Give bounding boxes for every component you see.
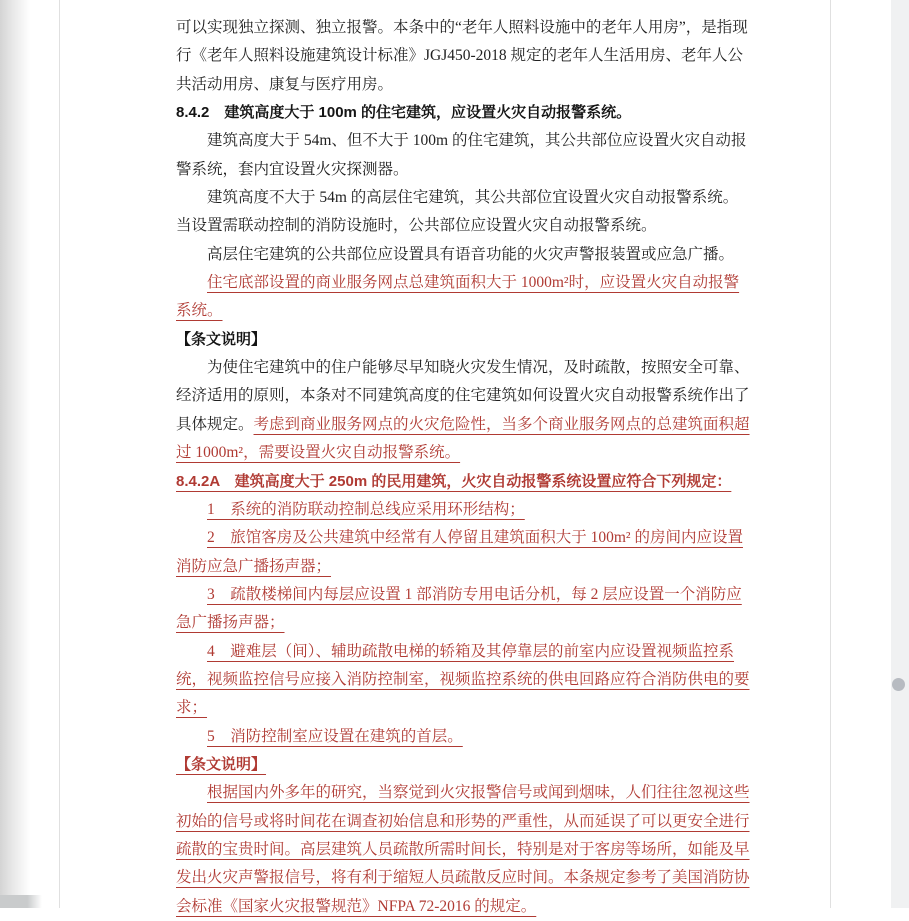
text-line: 5 消防控制室应设置在建筑的首层。	[176, 723, 746, 751]
text-segment: 可以实现独立探测、独立报警。本条中的“老年人照料设施中的老年人用房”，是指现	[176, 19, 748, 36]
text-line: 建筑高度大于 54m、但不大于 100m 的住宅建筑，其公共部位应设置火灾自动报	[176, 127, 746, 155]
text-segment: 统，视频监控信号应接入消防控制室，视频监控系统的供电回路应符合消防供电的要	[176, 671, 750, 688]
text-segment: 8.4.2A 建筑高度大于 250m 的民用建筑，火灾自动报警系统设置应符合下列…	[176, 473, 731, 490]
text-segment: 当设置需联动控制的消防设施时，公共部位应设置火灾自动报警系统。	[176, 217, 657, 234]
text-segment: 警系统，套内宜设置火灾探测器。	[176, 161, 409, 178]
text-segment: 经济适用的原则，本条对不同建筑高度的住宅建筑如何设置火灾自动报警系统作出了	[176, 387, 750, 404]
text-line: 消防应急广播扬声器；	[176, 553, 746, 581]
text-line: 具体规定。考虑到商业服务网点的火灾危险性，当多个商业服务网点的总建筑面积超	[176, 411, 746, 439]
text-segment: 疏散的宝贵时间。高层建筑人员疏散所需时间长，特别是对于客房等场所，如能及早	[176, 841, 750, 858]
text-segment: 4 避难层（间）、辅助疏散电梯的轿箱及其停靠层的前室内应设置视频监控系	[207, 643, 734, 660]
text-line: 急广播扬声器；	[176, 609, 746, 637]
document-page: 可以实现独立探测、独立报警。本条中的“老年人照料设施中的老年人用房”，是指现行《…	[59, 0, 831, 908]
text-line: 住宅底部设置的商业服务网点总建筑面积大于 1000m²时，应设置火灾自动报警	[176, 269, 746, 297]
text-segment: 高层住宅建筑的公共部位应设置具有语音功能的火灾声警报装置或应急广播。	[207, 246, 734, 263]
text-line: 系统。	[176, 297, 746, 325]
text-segment: 建筑高度不大于 54m 的高层住宅建筑，其公共部位宜设置火灾自动报警系统。	[207, 189, 738, 206]
text-segment: 发出火灾声警报信号，将有利于缩短人员疏散反应时间。本条规定参考了美国消防协	[176, 869, 750, 886]
text-line: 求；	[176, 694, 746, 722]
text-segment: 【条文说明】	[176, 331, 266, 348]
text-line: 发出火灾声警报信号，将有利于缩短人员疏散反应时间。本条规定参考了美国消防协	[176, 864, 746, 892]
text-segment: 3 疏散楼梯间内每层应设置 1 部消防专用电话分机，每 2 层应设置一个消防应	[207, 586, 742, 603]
text-line: 会标准《国家火灾报警规范》NFPA 72-2016 的规定。	[176, 893, 746, 908]
text-line: 2 旅馆客房及公共建筑中经常有人停留且建筑面积大于 100m² 的房间内应设置	[176, 524, 746, 552]
scrollbar-thumb[interactable]	[892, 678, 905, 691]
text-segment: 2 旅馆客房及公共建筑中经常有人停留且建筑面积大于 100m² 的房间内应设置	[207, 529, 743, 546]
text-segment: 8.4.2 建筑高度大于 100m 的住宅建筑，应设置火灾自动报警系统。	[176, 104, 631, 121]
document-text: 可以实现独立探测、独立报警。本条中的“老年人照料设施中的老年人用房”，是指现行《…	[176, 14, 746, 908]
text-line: 行《老年人照料设施建筑设计标准》JGJ450-2018 规定的老年人生活用房、老…	[176, 42, 746, 70]
text-line: 建筑高度不大于 54m 的高层住宅建筑，其公共部位宜设置火灾自动报警系统。	[176, 184, 746, 212]
text-line: 过 1000m²，需要设置火灾自动报警系统。	[176, 439, 746, 467]
text-segment: 共活动用房、康复与医疗用房。	[176, 76, 393, 93]
text-segment: 为使住宅建筑中的住户能够尽早知晓火灾发生情况，及时疏散，按照安全可靠、	[207, 359, 750, 376]
text-segment: 建筑高度大于 54m、但不大于 100m 的住宅建筑，其公共部位应设置火灾自动报	[207, 132, 747, 149]
text-segment: 5 消防控制室应设置在建筑的首层。	[207, 728, 463, 745]
text-segment: 急广播扬声器；	[176, 614, 285, 631]
text-segment: 初始的信号或将时间花在调查初始信息和形势的严重性，从而延误了可以更安全进行	[176, 813, 750, 830]
text-segment: 消防应急广播扬声器；	[176, 558, 331, 575]
scrollbar-track[interactable]	[891, 0, 909, 908]
text-line: 为使住宅建筑中的住户能够尽早知晓火灾发生情况，及时疏散，按照安全可靠、	[176, 354, 746, 382]
text-segment: 【条文说明】	[176, 756, 266, 773]
text-line: 共活动用房、康复与医疗用房。	[176, 71, 746, 99]
text-line: 8.4.2 建筑高度大于 100m 的住宅建筑，应设置火灾自动报警系统。	[176, 99, 746, 127]
text-line: 3 疏散楼梯间内每层应设置 1 部消防专用电话分机，每 2 层应设置一个消防应	[176, 581, 746, 609]
text-line: 疏散的宝贵时间。高层建筑人员疏散所需时间长，特别是对于客房等场所，如能及早	[176, 836, 746, 864]
text-segment: 系统。	[176, 302, 223, 319]
text-line: 8.4.2A 建筑高度大于 250m 的民用建筑，火灾自动报警系统设置应符合下列…	[176, 468, 746, 496]
text-segment: 求；	[176, 699, 207, 716]
text-line: 警系统，套内宜设置火灾探测器。	[176, 156, 746, 184]
text-line: 当设置需联动控制的消防设施时，公共部位应设置火灾自动报警系统。	[176, 212, 746, 240]
text-line: 经济适用的原则，本条对不同建筑高度的住宅建筑如何设置火灾自动报警系统作出了	[176, 382, 746, 410]
text-segment: 会标准《国家火灾报警规范》NFPA 72-2016 的规定。	[176, 898, 536, 908]
text-line: 4 避难层（间）、辅助疏散电梯的轿箱及其停靠层的前室内应设置视频监控系	[176, 638, 746, 666]
document-viewer: 可以实现独立探测、独立报警。本条中的“老年人照料设施中的老年人用房”，是指现行《…	[0, 0, 909, 908]
text-segment: 根据国内外多年的研究，当察觉到火灾报警信号或闻到烟味，人们往往忽视这些	[207, 784, 750, 801]
text-line: 高层住宅建筑的公共部位应设置具有语音功能的火灾声警报装置或应急广播。	[176, 241, 746, 269]
page-edge-shadow	[0, 0, 30, 908]
text-line: 初始的信号或将时间花在调查初始信息和形势的严重性，从而延误了可以更安全进行	[176, 808, 746, 836]
text-segment: 具体规定。	[176, 416, 254, 433]
text-line: 【条文说明】	[176, 751, 746, 779]
text-segment: 行《老年人照料设施建筑设计标准》JGJ450-2018 规定的老年人生活用房、老…	[176, 47, 743, 64]
text-segment: 住宅底部设置的商业服务网点总建筑面积大于 1000m²时，应设置火灾自动报警	[207, 274, 739, 291]
text-line: 统，视频监控信号应接入消防控制室，视频监控系统的供电回路应符合消防供电的要	[176, 666, 746, 694]
text-line: 【条文说明】	[176, 326, 746, 354]
text-segment: 考虑到商业服务网点的火灾危险性，当多个商业服务网点的总建筑面积超	[254, 416, 750, 433]
text-segment: 过 1000m²，需要设置火灾自动报警系统。	[176, 444, 460, 461]
text-line: 可以实现独立探测、独立报警。本条中的“老年人照料设施中的老年人用房”，是指现	[176, 14, 746, 42]
text-line: 根据国内外多年的研究，当察觉到火灾报警信号或闻到烟味，人们往往忽视这些	[176, 779, 746, 807]
text-line: 1 系统的消防联动控制总线应采用环形结构；	[176, 496, 746, 524]
page-edge-shadow-bottom	[0, 895, 42, 908]
text-segment: 1 系统的消防联动控制总线应采用环形结构；	[207, 501, 525, 518]
